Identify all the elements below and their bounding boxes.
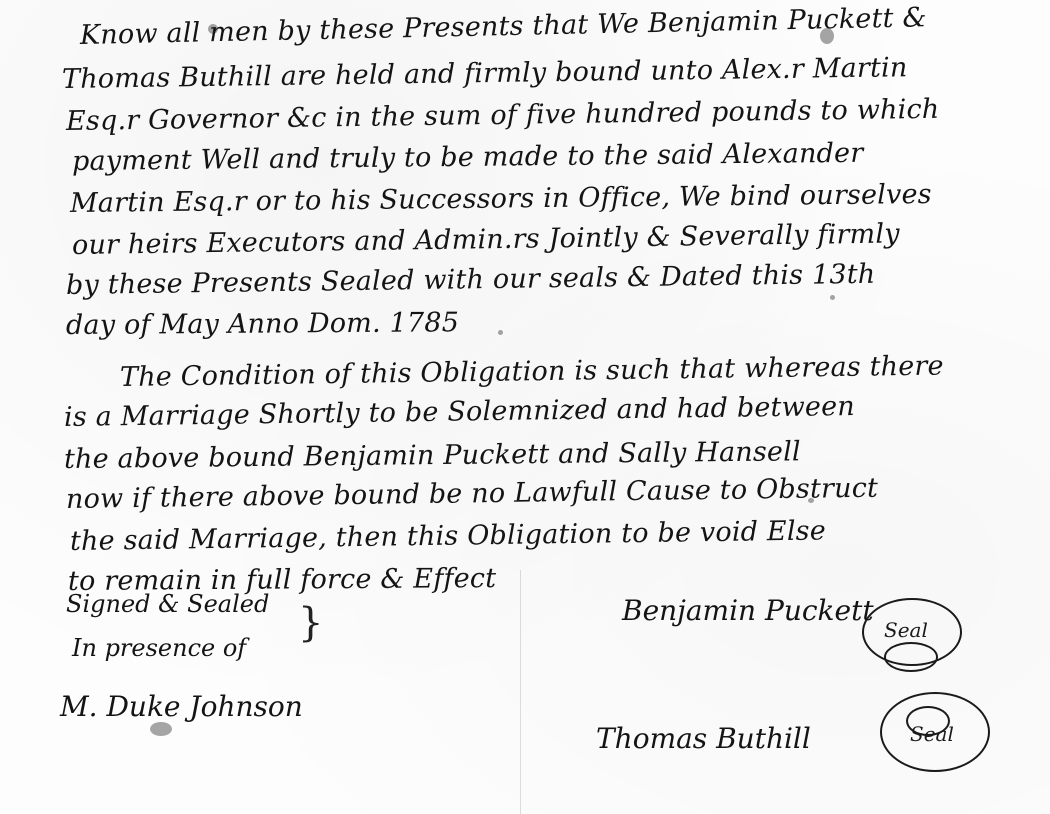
signature-benjamin-puckett: Benjamin Puckett <box>622 594 874 627</box>
condition-line: The Condition of this Obligation is such… <box>120 350 944 392</box>
ink-blot <box>150 722 172 736</box>
condition-line: the above bound Benjamin Puckett and Sal… <box>64 436 801 475</box>
condition-line: is a Marriage Shortly to be Solemnized a… <box>64 391 855 433</box>
witness-signature: M. Duke Johnson <box>60 690 303 723</box>
seal-label: Seal <box>884 618 928 642</box>
body-line: Esq.r Governor &c in the sum of five hun… <box>66 94 940 137</box>
body-line: day of May Anno Dom. 1785 <box>66 307 459 341</box>
body-line: Martin Esq.r or to his Successors in Off… <box>70 179 932 219</box>
scanned-document-page: Know all men by these Presents that We B… <box>0 0 1050 814</box>
condition-line: the said Marriage, then this Obligation … <box>70 515 826 557</box>
paper-fold-line <box>520 570 521 814</box>
signed-sealed-label: Signed & Sealed <box>66 590 269 618</box>
body-line: by these Presents Sealed with our seals … <box>66 259 876 301</box>
body-line: Know all men by these Presents that We B… <box>80 2 927 51</box>
body-line: payment Well and truly to be made to the… <box>72 138 864 177</box>
in-presence-label: In presence of <box>72 634 246 662</box>
seal-flourish <box>884 642 938 672</box>
body-line: our heirs Executors and Admin.rs Jointly… <box>72 218 900 261</box>
signature-thomas-buthill: Thomas Buthill <box>596 722 811 755</box>
ink-speck <box>498 330 503 335</box>
brace-mark: } <box>298 600 323 646</box>
seal-label: Seal <box>910 722 954 746</box>
body-line: Thomas Buthill are held and firmly bound… <box>62 52 908 95</box>
condition-line: now if there above bound be no Lawfull C… <box>66 473 879 515</box>
ink-speck <box>830 295 835 300</box>
